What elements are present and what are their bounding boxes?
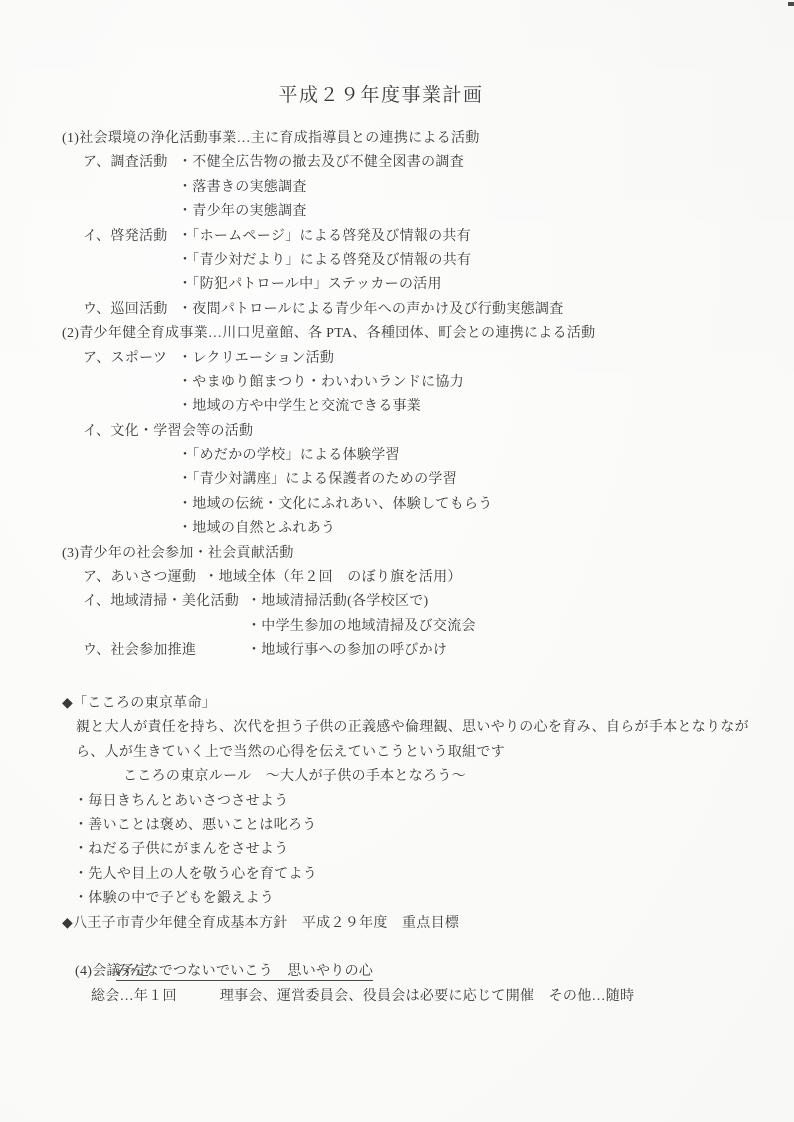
row-label <box>83 517 178 541</box>
row-item: ・地域全体（年２回 のぼり旗を活用） <box>204 566 461 590</box>
row-item: ・地域の伝統・文化にふれあい、体験してもらう <box>178 493 493 517</box>
section1-row: ・落書きの実態調査 <box>0 176 794 200</box>
kokoro-heading: ◆「こころの東京革命」 <box>0 692 794 716</box>
row-item: ・「青少対講座」による保護者のための学習 <box>178 468 457 492</box>
row-label: ウ、社会参加推進 <box>83 639 247 663</box>
row-item: ・地域清掃活動(各学校区で) <box>247 590 429 614</box>
section3-row: ア、あいさつ運動 ・地域全体（年２回 のぼり旗を活用） <box>0 566 794 590</box>
section1-row: ・青少年の実態調査 <box>0 200 794 224</box>
kokoro-rule-item: ・善いことは褒め、悪いことは叱ろう <box>0 814 794 838</box>
row-item: ・夜間パトロールによる青少年への声かけ及び行動実態調査 <box>178 298 564 322</box>
section3-row: ・中学生参加の地域清掃及び交流会 <box>0 615 794 639</box>
row-item: ・「青少対だより」による啓発及び情報の共有 <box>178 249 471 273</box>
section2-row: イ、文化・学習会等の活動 <box>0 420 794 444</box>
row-item: ・不健全広告物の撤去及び不健全図書の調査 <box>178 151 464 175</box>
section4-heading: (4)会議予定 <box>0 960 794 984</box>
section1-row: ・「青少対だより」による啓発及び情報の共有 <box>0 249 794 273</box>
document-title: 平成２９年度事業計画 <box>0 80 762 107</box>
section1-heading: (1)社会環境の浄化活動事業…主に育成指導員との連携による活動 <box>0 127 794 151</box>
row-label: ウ、巡回活動 <box>83 298 178 322</box>
section2-row: ・地域の自然とふれあう <box>0 517 794 541</box>
section2-row: ・地域の伝統・文化にふれあい、体験してもらう <box>0 493 794 517</box>
row-label: イ、啓発活動 <box>83 225 178 249</box>
row-label <box>83 200 178 224</box>
kokoro-paragraph-line: ら、人が生きていく上で当然の心得を伝えていこうという取組です <box>0 741 794 765</box>
section3-row: ウ、社会参加推進 ・地域行事への参加の呼びかけ <box>0 639 794 663</box>
section3-row: イ、地域清掃・美化活動 ・地域清掃活動(各学校区で) <box>0 590 794 614</box>
row-item: ・地域の方や中学生と交流できる事業 <box>178 395 421 419</box>
row-label <box>83 176 178 200</box>
row-label: ア、あいさつ運動 <box>83 566 196 590</box>
kokoro-rule-title: こころの東京ルール ～大人が子供の手本となろう～ <box>0 765 794 789</box>
row-label <box>83 273 178 297</box>
section2-row: ・「めだかの学校」による体験学習 <box>0 444 794 468</box>
row-label <box>83 615 247 639</box>
kokoro-rule-item: ・ねだる子供にがまんをさせよう <box>0 838 794 862</box>
section2-heading: (2)青少年健全育成事業…川口児童館、各 PTA、各種団体、町会との連携による活… <box>0 322 794 346</box>
row-label <box>83 395 178 419</box>
row-item: ・「ホームページ」による啓発及び情報の共有 <box>178 225 471 249</box>
row-item: ・「防犯パトロール中」ステッカーの活用 <box>178 273 442 297</box>
scanned-document-page: 平成２９年度事業計画 (1)社会環境の浄化活動事業…主に育成指導員との連携による… <box>0 0 794 1122</box>
kokoro-rule-item: ・体験の中で子どもを鍛えよう <box>0 887 794 911</box>
row-item: ・落書きの実態調査 <box>178 176 307 200</box>
scan-artifact-speck <box>788 2 794 6</box>
row-label <box>83 249 178 273</box>
row-label: ア、調査活動 <box>83 151 178 175</box>
kokoro-rule-item: ・先人や目上の人を敬う心を育てよう <box>0 863 794 887</box>
row-label <box>83 371 178 395</box>
kokoro-paragraph-line: 親と大人が責任を持ち、次代を担う子供の正義感や倫理観、思いやりの心を育み、自らが… <box>0 716 794 740</box>
section2-row: ・やまゆり館まつり・わいわいランドに協力 <box>0 371 794 395</box>
section4-detail: 総会…年１回 理事会、運営委員会、役員会は必要に応じて開催 その他…随時 <box>0 985 794 1009</box>
policy-heading: ◆八王子市青少年健全育成基本方針 平成２９年度 重点目標 <box>0 912 794 936</box>
section1-row: ア、調査活動 ・不健全広告物の撤去及び不健全図書の調査 <box>0 151 794 175</box>
section1-row: ウ、巡回活動 ・夜間パトロールによる青少年への声かけ及び行動実態調査 <box>0 298 794 322</box>
row-item: ・地域行事への参加の呼びかけ <box>247 639 447 663</box>
row-item: ・「めだかの学校」による体験学習 <box>178 444 400 468</box>
row-label <box>83 444 178 468</box>
section2-row: ・地域の方や中学生と交流できる事業 <box>0 395 794 419</box>
kokoro-and-policy-block: ◆「こころの東京革命」 親と大人が責任を持ち、次代を担う子供の正義感や倫理観、思… <box>0 692 794 1009</box>
row-label: イ、文化・学習会等の活動 <box>83 420 253 444</box>
row-label <box>83 468 178 492</box>
row-item: ・やまゆり館まつり・わいわいランドに協力 <box>178 371 464 395</box>
kokoro-rule-item: ・毎日きちんとあいさつさせよう <box>0 790 794 814</box>
section3-heading: (3)青少年の社会参加・社会貢献活動 <box>0 542 794 566</box>
row-item: ・地域の自然とふれあう <box>178 517 335 541</box>
business-plan-outline: (1)社会環境の浄化活動事業…主に育成指導員との連携による活動 ア、調査活動 ・… <box>0 127 794 664</box>
row-item: ・レクリエーション活動 <box>178 347 334 371</box>
row-item: ・青少年の実態調査 <box>178 200 307 224</box>
section1-row: ・「防犯パトロール中」ステッカーの活用 <box>0 273 794 297</box>
row-label: ア、スポーツ <box>83 347 178 371</box>
section1-row: イ、啓発活動 ・「ホームページ」による啓発及び情報の共有 <box>0 225 794 249</box>
policy-slogan-underlined-text: みんなでつないでいこう 思いやりの心 <box>116 964 373 981</box>
row-label <box>83 493 178 517</box>
row-item: ・中学生参加の地域清掃及び交流会 <box>247 615 476 639</box>
policy-slogan: みんなでつないでいこう 思いやりの心 <box>0 936 794 960</box>
section2-row: ア、スポーツ ・レクリエーション活動 <box>0 347 794 371</box>
row-label: イ、地域清掃・美化活動 <box>83 590 247 614</box>
section2-row: ・「青少対講座」による保護者のための学習 <box>0 468 794 492</box>
